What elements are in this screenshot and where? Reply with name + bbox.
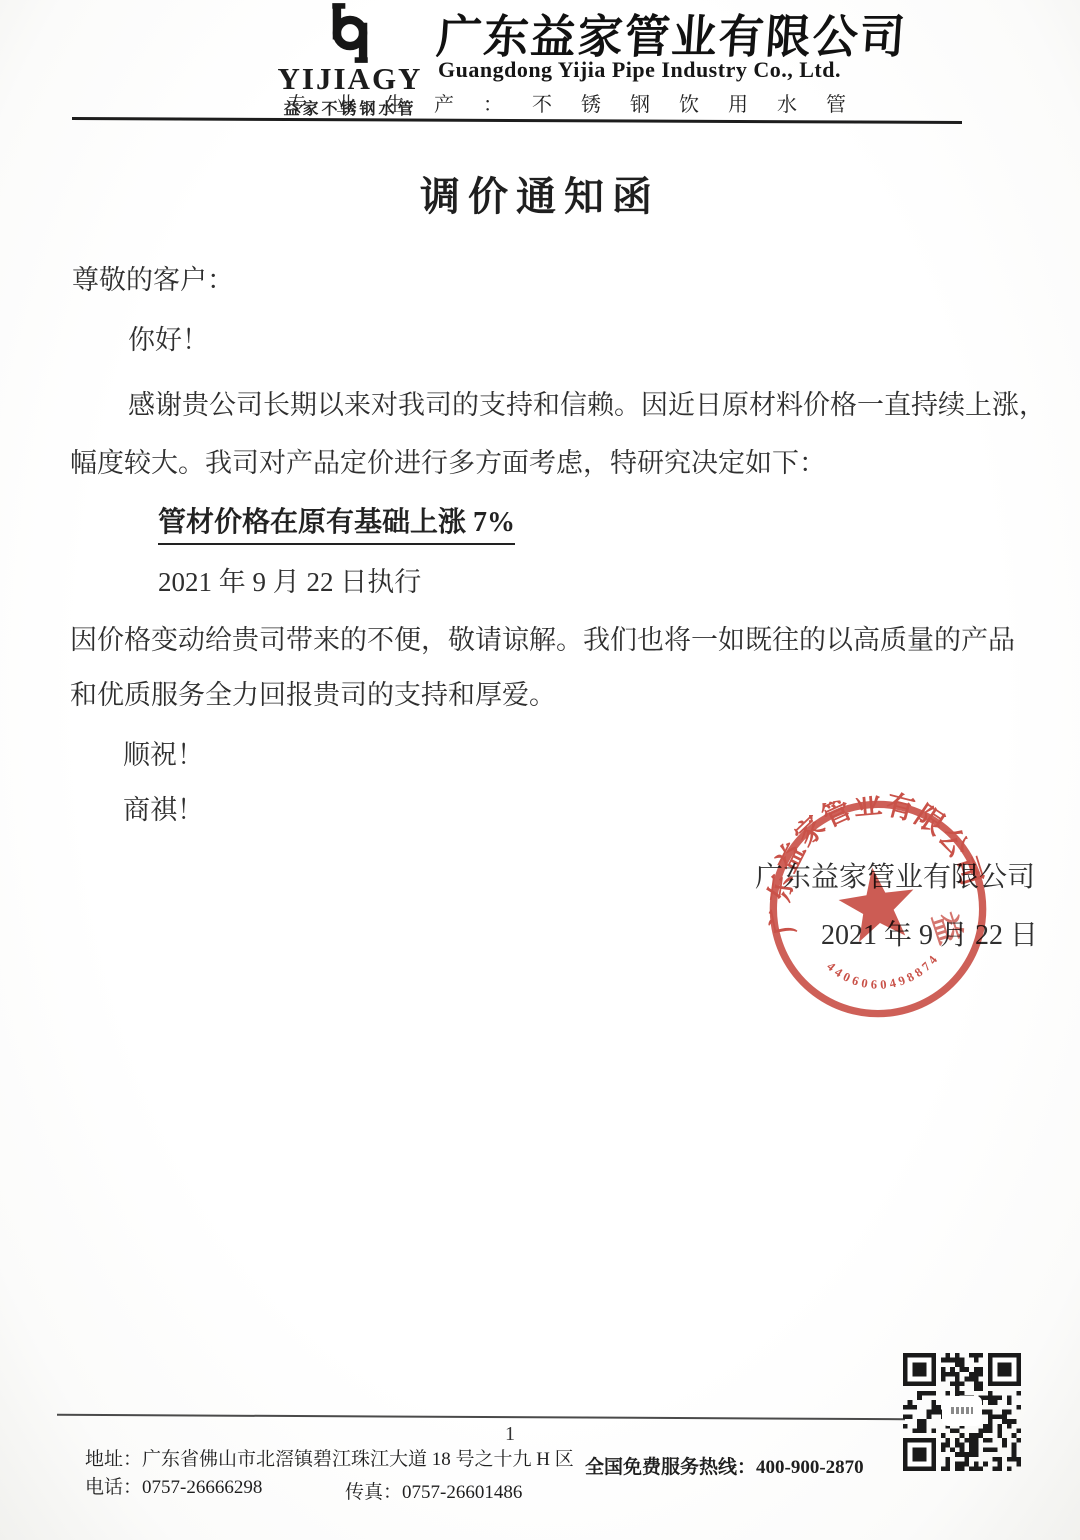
pipe-monogram-icon [322, 2, 378, 64]
greeting: 你好！ [128, 318, 209, 357]
paragraph1-line1: 感谢贵公司长期以来对我司的支持和信赖。因近日原材料价格一直持续上涨， [128, 383, 1046, 422]
footer-phone: 电话：0757-26666298 [85, 1472, 262, 1499]
page-number: 1 [505, 1423, 515, 1446]
paragraph2-line2: 和优质服务全力回报贵司的支持和厚爱。 [70, 673, 556, 712]
footer-fax: 传真：0757-26601486 [345, 1477, 522, 1504]
footer-address: 地址：广东省佛山市北滘镇碧江珠江大道 18 号之十九 H 区 [85, 1444, 574, 1471]
effective-date-line: 2021 年 9 月 22 日执行 [158, 560, 421, 599]
company-name-english: Guangdong Yijia Pipe Industry Co., Ltd. [438, 57, 841, 83]
seal-serial-number: 4406060498874 [823, 944, 946, 999]
star-icon [835, 862, 920, 944]
letter-page: YIJIAGY 益家不锈钢水管 广东益家管业有限公司 Guangdong Yij… [0, 0, 1080, 1540]
paragraph1-line2: 幅度较大。我司对产品定价进行多方面考虑，特研究决定如下： [70, 441, 826, 480]
closing-wish-1: 顺祝！ [123, 733, 204, 772]
paragraph2-line1: 因价格变动给贵司带来的不便，敬请谅解。我们也将一如既往的以高质量的产品 [70, 618, 1015, 657]
qr-code [903, 1353, 1021, 1471]
header-divider [72, 117, 962, 124]
salutation: 尊敬的客户： [72, 258, 234, 297]
price-increase-highlight: 管材价格在原有基础上涨 7% [158, 500, 515, 545]
specialty-line: 专业生产：不锈钢饮用水管 [287, 88, 875, 117]
footer-divider [57, 1414, 905, 1420]
footer-hotline: 全国免费服务热线：400-900-2870 [585, 1452, 864, 1479]
company-seal: 广东益家管业有限公司 4406060498874 益 [750, 781, 1005, 1036]
company-name-chinese: 广东益家管业有限公司 [435, 0, 920, 66]
svg-text:4406060498874: 4406060498874 [823, 944, 946, 999]
qr-center-label [944, 1398, 980, 1424]
seal-emblem-glyph: 益 [925, 908, 968, 949]
closing-wish-2: 商祺！ [123, 788, 204, 827]
letter-title: 调价通知函 [0, 165, 1080, 222]
